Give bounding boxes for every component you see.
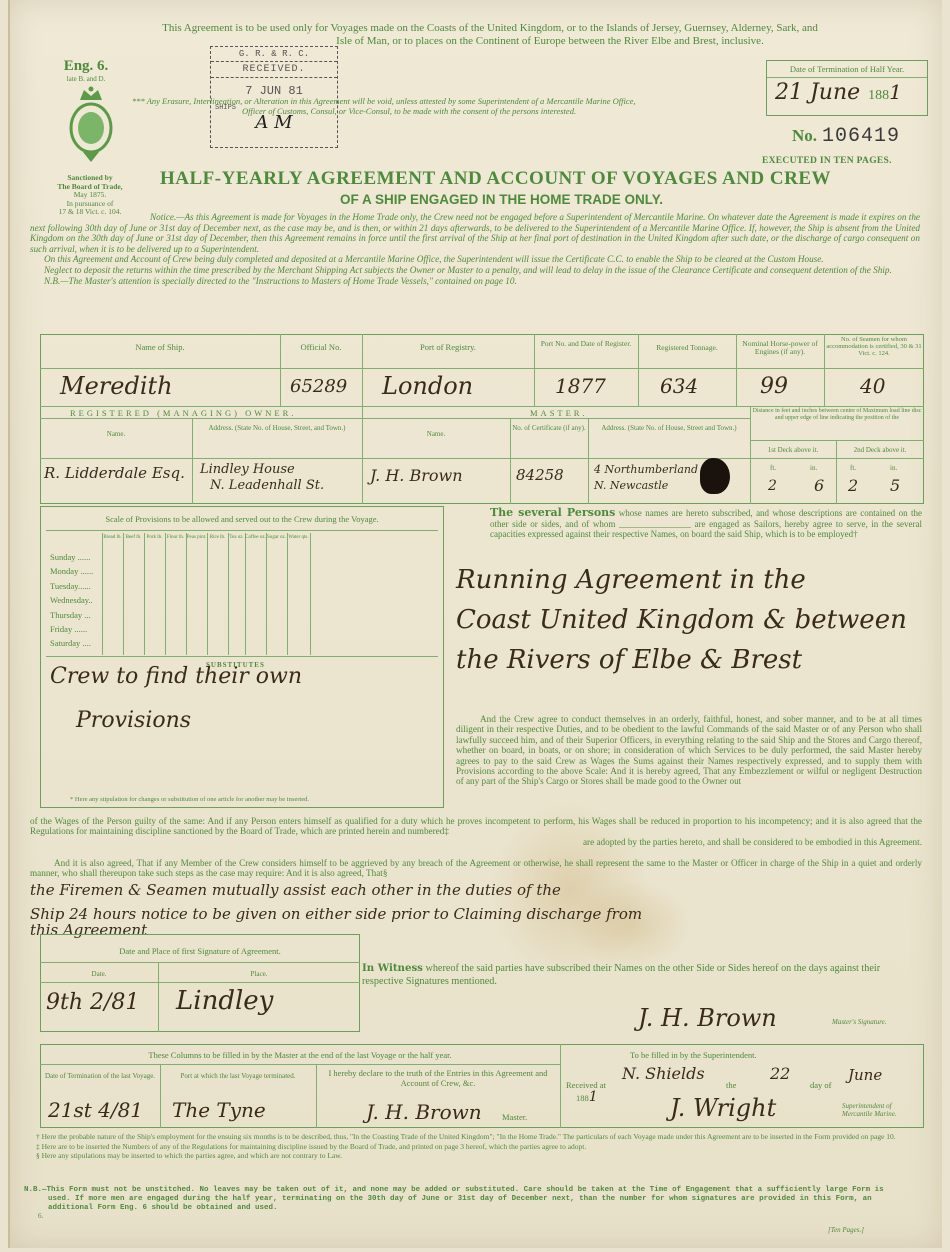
termination-date: 21 June [775,80,860,105]
port-of-registry-value: London [382,372,473,400]
provisions-grid [102,533,314,655]
notice-p4: N.B.—The Master's attention is specially… [30,276,920,287]
date-label: Date. [40,970,158,978]
provisions-columns: Bread lb. Beef lb. Pork lb. Flour lb. Pe… [102,535,318,541]
superintendent-signature: J. Wright [670,1094,776,1122]
day-of-label: day of [810,1080,831,1090]
declaration-master-label: Master. [502,1112,527,1122]
crew-agreement-p2-text: of the Wages of the Person guilty of the… [30,816,922,836]
owner-name-value: R. Lidderdale Esq. [44,464,185,482]
seamen-count-value: 40 [860,374,885,398]
termination-year-print: 188 [868,88,889,104]
prov-col-bread: Bread lb. [102,535,123,541]
stipulation-handwriting: the Firemen & Seamen mutually assist eac… [30,878,930,942]
deck2-in-label: in. [890,464,897,472]
day-sunday: Sunday ...... [50,550,93,564]
received-year-print: 188 [576,1093,589,1103]
nb-warning: N.B.—This Form must not be unstitched. N… [24,1186,910,1212]
employment-line3: the Rivers of Elbe & Brest [456,640,907,680]
prov-col-rice: Rice lb. [207,535,228,541]
persons-block: The several Persons whose names are here… [490,508,922,540]
notice-block: Notice.—As this Agreement is made for Vo… [30,212,920,286]
termination-year-hand: 1 [889,80,902,104]
document-subtitle: OF A SHIP ENGAGED IN THE HOME TRADE ONLY… [340,192,663,207]
footnote-2: ‡ Here are to be inserted the Numbers of… [24,1142,922,1152]
crew-agreement-p2: of the Wages of the Person guilty of the… [30,816,922,847]
horse-power-value: 99 [760,374,788,399]
number-prefix: No. [792,126,817,145]
master-address-value: 4 Northumberland N. Newcastle [594,462,698,494]
end-columns-title: These Columns to be filled in by the Mas… [40,1050,560,1060]
day-saturday: Saturday .... [50,636,93,650]
ship-name-value: Meredith [60,372,173,400]
received-label: Received at [566,1080,606,1090]
day-tuesday: Tuesday...... [50,579,93,593]
prov-col-sugar: Sugar oz. [266,535,287,541]
day-friday: Friday ...... [50,622,93,636]
header-port-of-registry: Port of Registry. [362,342,534,352]
form-code-sub: late B. and D. [50,75,122,83]
prov-col-pork: Pork lb. [144,535,165,541]
port-no-value: 1877 [555,374,606,398]
erasure-note-line1: *** Any Erasure, Interlineation, or Alte… [132,96,772,106]
royal-arms-icon [68,86,114,166]
header-port-no-date: Port No. and Date of Register. [534,340,638,348]
owner-address-label: Address. (State No. of House, Street, an… [192,424,362,432]
received-place: N. Shields [622,1064,705,1083]
erasure-note-line2: Officer of Customs, Consul, or Vice-Cons… [132,106,772,116]
master-heading: MASTER. [530,408,588,418]
header-official-no: Official No. [280,342,362,352]
stamp-line: RECEIVED. [211,62,337,78]
received-month: June [848,1066,882,1084]
tonnage-value: 634 [660,374,698,398]
ten-pages-label: [Ten Pages.] [828,1226,864,1234]
superintendent-label: Superintendent of Mercantile Marine. [842,1102,922,1118]
owner-name-label: Name. [40,430,192,438]
top-notice-line1: This Agreement is to be used only for Vo… [50,22,930,35]
header-seamen-accommodation: No. of Seamen for whom accommodation is … [824,336,924,357]
cert-no-value: 84258 [516,466,564,484]
superintendent-title: To be filled in by the Superintendent. [630,1050,757,1060]
form-code-block: Eng. 6. late B. and D. [50,58,122,83]
port-terminated-value: The Tyne [172,1098,266,1122]
declaration-label: I hereby declare to the truth of the Ent… [316,1068,560,1088]
erasure-note: *** Any Erasure, Interlineation, or Alte… [132,96,772,116]
header-horse-power: Nominal Horse-power of Engines (if any). [736,340,824,356]
termination-label: Date of Termination of Half Year. [767,61,927,78]
deck2-label: 2nd Deck above it. [836,446,924,454]
official-no-value: 65289 [290,376,347,397]
notice-p1: Notice.—As this Agreement is made for Vo… [30,212,920,254]
provisions-title: Scale of Provisions to be allowed and se… [40,514,444,524]
master-name-label: Name. [362,430,510,438]
document-title: HALF-YEARLY AGREEMENT AND ACCOUNT OF VOY… [160,168,920,190]
deck1-in-value: 6 [814,476,824,495]
owner-address-value: Lindley House N. Leadenhall St. [200,462,324,494]
master-address-line2: N. Newcastle [594,478,698,494]
deck1-ft-value: 2 [768,478,777,494]
cert-label: No. of Certificate (if any). [510,424,588,432]
executed-label: EXECUTED IN TEN PAGES. [762,156,892,166]
master-signature: J. H. Brown [638,1004,777,1032]
prov-col-coffee: Coffee oz. [245,535,266,541]
received-day: 22 [770,1064,790,1083]
provisions-days: Sunday ...... Monday ...... Tuesday.....… [50,550,93,651]
header-name-of-ship: Name of Ship. [40,342,280,352]
crew-agreement-p2b: are adopted by the parties hereto, and s… [30,837,922,847]
form-code: Eng. 6. [50,58,122,75]
ink-blot [700,458,730,494]
stamp-line: G. R. & R. C. [211,47,337,62]
received-year-hand: 1 [589,1089,598,1105]
stipulation-line1: the Firemen & Seamen mutually assist eac… [30,878,930,902]
provisions-footnote: * Here any stipulation for changes or su… [70,796,309,803]
footnotes-block: † Here the probable nature of the Ship's… [24,1132,922,1161]
master-name-value: J. H. Brown [370,466,463,485]
termination-last-voyage-label: Date of Termination of the last Voyage. [40,1072,160,1080]
footnote-1: † Here the probable nature of the Ship's… [24,1132,922,1142]
deck1-in-label: in. [810,464,817,472]
notice-p3: Neglect to deposit the returns within th… [30,265,920,276]
substitutes-handwriting-line2: Provisions [76,708,191,733]
owner-address-line2: N. Leadenhall St. [200,478,324,494]
prov-col-beef: Beef lb. [123,535,144,541]
distance-label: Distance in feet and inches between cent… [752,408,922,422]
document-number: No. 106419 [792,124,900,148]
agreement-document: This Agreement is to be used only for Vo… [8,0,942,1248]
deck1-ft-label: ft. [770,464,776,472]
deck2-ft-label: ft. [850,464,856,472]
termination-last-voyage-value: 21st 4/81 [48,1098,143,1122]
master-address-label: Address. (State No. of House, Street and… [588,424,750,432]
prov-col-tea: Tea oz. [228,535,245,541]
termination-box: Date of Termination of Half Year. 21 Jun… [766,60,928,116]
crew-agreement-p3: And it is also agreed, That if any Membe… [30,858,922,879]
prov-col-water: Water qts. [287,535,310,541]
first-signature-place: Lindley [176,986,273,1016]
page-number: 6. [38,1212,43,1220]
deck2-ft-value: 2 [848,476,858,495]
first-signature-date: 9th 2/81 [46,990,139,1015]
declaration-signature: J. H. Brown [366,1100,482,1124]
prov-col-peas: Peas pint. [186,535,207,541]
master-signature-label: Master's Signature. [832,1018,887,1026]
employment-line1: Running Agreement in the [456,560,907,600]
prov-col-flour: Flour lb. [165,535,186,541]
witness-text: whereof the said parties have subscribed… [362,963,880,987]
day-wednesday: Wednesday.. [50,593,93,607]
employment-line2: Coast United Kingdom & between [456,600,907,640]
top-notice: This Agreement is to be used only for Vo… [50,22,930,48]
day-thursday: Thursday ... [50,608,93,622]
notice-p2: On this Agreement and Account of Crew be… [30,254,920,265]
the-label: the [726,1080,736,1090]
day-monday: Monday ...... [50,564,93,578]
place-label: Place. [158,970,360,978]
deck2-in-value: 5 [890,476,900,495]
owner-address-line1: Lindley House [200,462,324,478]
crew-agreement-p1: And the Crew agree to conduct themselves… [456,714,922,787]
header-registered-tonnage: Registered Tonnage. [638,344,736,352]
master-address-line1: 4 Northumberland [594,462,698,478]
employment-handwriting: Running Agreement in the Coast United Ki… [456,560,907,680]
received-year: 1881 [576,1092,598,1103]
footnote-3: § Here any stipulations may be inserted … [24,1151,922,1161]
number-value: 106419 [822,125,900,148]
owner-heading: REGISTERED (MANAGING) OWNER. [70,408,296,418]
witness-block: In Witness whereof the said parties have… [362,962,922,988]
persons-lead: The several Persons [490,506,615,519]
sanction-block: Sanctioned by The Board of Trade, May 18… [40,174,140,217]
witness-lead: In Witness [362,962,423,974]
port-terminated-label: Port at which the last Voyage terminated… [160,1072,316,1080]
substitutes-handwriting-line1: Crew to find their own [50,664,302,689]
deck1-label: 1st Deck above it. [750,446,836,454]
first-signature-title: Date and Place of first Signature of Agr… [40,946,360,956]
